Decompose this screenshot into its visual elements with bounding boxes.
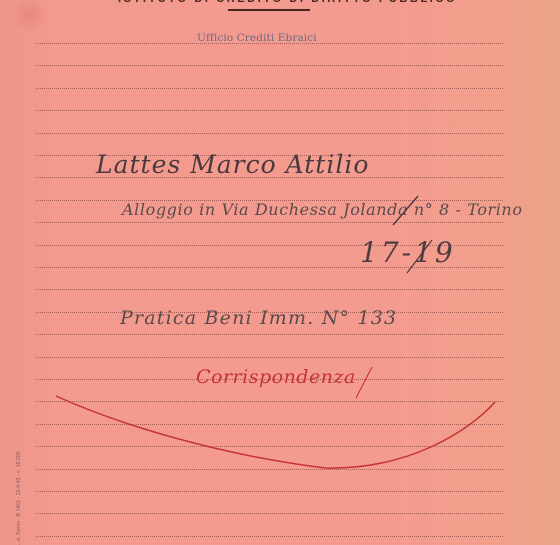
red-tail xyxy=(356,367,372,398)
printer-imprint: ...e, Torino - B 1461 - 21-6-43 - c. 10.… xyxy=(16,451,22,545)
pen-marks xyxy=(0,0,560,545)
folder-cover: ISTITUTO DI CREDITO DI DIRITTO PUBBLICO … xyxy=(0,0,560,545)
red-underline-curve xyxy=(56,396,495,468)
number-slash xyxy=(407,240,432,273)
strike-mark xyxy=(393,196,418,225)
